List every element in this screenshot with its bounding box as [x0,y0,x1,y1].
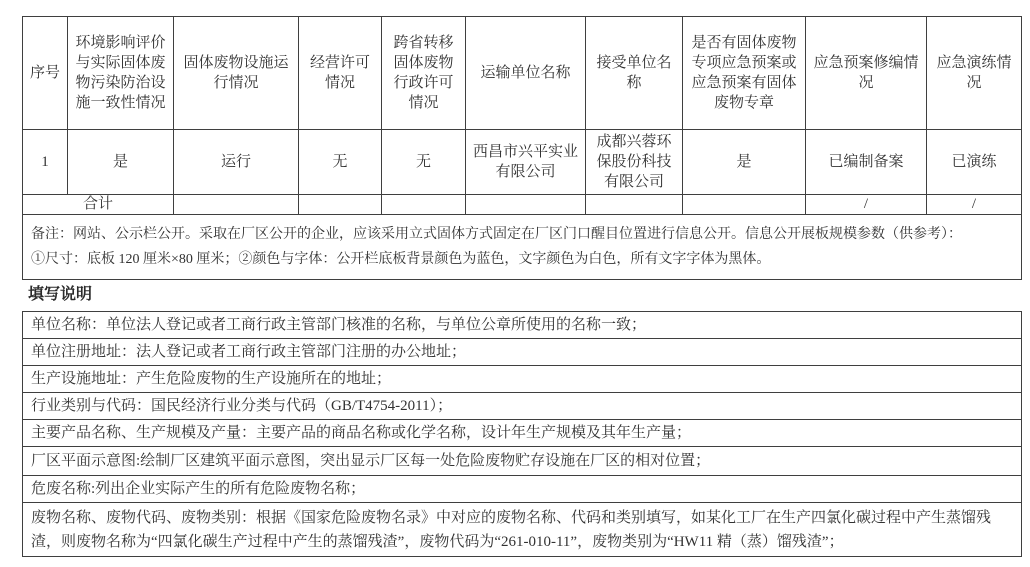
total-cell [174,195,299,215]
total-cell [586,195,683,215]
cell-plan-revision: 已编制备案 [806,130,927,195]
instruction-row: 厂区平面示意图:绘制厂区建筑平面示意图，突出显示厂区每一处危险废物贮存设施在厂区… [23,447,1022,476]
total-cell [382,195,466,215]
instruction-row: 主要产品名称、生产规模及产量：主要产品的商品名称或化学名称，设计年生产规模及其年… [23,420,1022,447]
column-header-eia-consistency: 环境影响评价与实际固体废物污染防治设施一致性情况 [68,17,174,130]
instruction-plant-layout: 厂区平面示意图:绘制厂区建筑平面示意图，突出显示厂区每一处危险废物贮存设施在厂区… [23,447,1022,476]
column-header-operating-permit: 经营许可情况 [299,17,382,130]
remark-line-1: 备注：网站、公示栏公开。采取在厂区公开的企业，应该采用立式固体方式固定在厂区门口… [31,222,1013,247]
instruction-industry-code: 行业类别与代码：国民经济行业分类与代码（GB/T4754-2011）； [23,393,1022,420]
remark-row: 备注：网站、公示栏公开。采取在厂区公开的企业，应该采用立式固体方式固定在厂区门口… [23,215,1022,280]
disclosure-table: 序号 环境影响评价与实际固体废物污染防治设施一致性情况 固体废物设施运行情况 经… [22,16,1022,280]
cell-eia-consistency: 是 [68,130,174,195]
cell-serial: 1 [23,130,68,195]
total-cell: / [927,195,1022,215]
table-row: 1 是 运行 无 无 西昌市兴平实业有限公司 成都兴蓉环保股份科技有限公司 是 … [23,130,1022,195]
instruction-unit-name: 单位名称：单位法人登记或者工商行政主管部门核准的名称，与单位公章所使用的名称一致… [23,312,1022,339]
instruction-waste-name-code-category: 废物名称、废物代码、废物类别：根据《国家危险废物名录》中对应的废物名称、代码和类… [23,503,1022,557]
total-cell [299,195,382,215]
cell-cross-province-permit: 无 [382,130,466,195]
instruction-row: 单位注册地址：法人登记或者工商行政主管部门注册的办公地址； [23,339,1022,366]
column-header-serial: 序号 [23,17,68,130]
column-header-drill-status: 应急演练情况 [927,17,1022,130]
cell-facility-operation: 运行 [174,130,299,195]
document-page: 序号 环境影响评价与实际固体废物污染防治设施一致性情况 固体废物设施运行情况 经… [0,0,1030,567]
column-header-facility-operation: 固体废物设施运行情况 [174,17,299,130]
cell-transport-unit: 西昌市兴平实业有限公司 [466,130,586,195]
column-header-transport-unit: 运输单位名称 [466,17,586,130]
instruction-row: 废物名称、废物代码、废物类别：根据《国家危险废物名录》中对应的废物名称、代码和类… [23,503,1022,557]
column-header-plan-revision: 应急预案修编情况 [806,17,927,130]
header-row: 序号 环境影响评价与实际固体废物污染防治设施一致性情况 固体废物设施运行情况 经… [23,17,1022,130]
section-heading-fill-instructions: 填写说明 [28,281,92,304]
column-header-emergency-plan: 是否有固体废物专项应急预案或应急预案有固体废物专章 [683,17,806,130]
instruction-row: 单位名称：单位法人登记或者工商行政主管部门核准的名称，与单位公章所使用的名称一致… [23,312,1022,339]
instruction-registered-address: 单位注册地址：法人登记或者工商行政主管部门注册的办公地址； [23,339,1022,366]
instruction-facility-address: 生产设施地址：产生危险废物的生产设施所在的地址； [23,366,1022,393]
cell-emergency-plan: 是 [683,130,806,195]
total-label: 合计 [23,195,174,215]
cell-receiving-unit: 成都兴蓉环保股份科技有限公司 [586,130,683,195]
remark-line-2: ①尺寸：底板 120 厘米×80 厘米；②颜色与字体：公开栏底板背景颜色为蓝色，… [31,247,1013,272]
cell-operating-permit: 无 [299,130,382,195]
total-cell: / [806,195,927,215]
total-row: 合计 / / [23,195,1022,215]
remark-cell: 备注：网站、公示栏公开。采取在厂区公开的企业，应该采用立式固体方式固定在厂区门口… [23,215,1022,280]
column-header-receiving-unit: 接受单位名称 [586,17,683,130]
cell-drill-status: 已演练 [927,130,1022,195]
instruction-hazwaste-names: 危废名称:列出企业实际产生的所有危险废物名称； [23,476,1022,503]
total-cell [466,195,586,215]
instructions-table: 单位名称：单位法人登记或者工商行政主管部门核准的名称，与单位公章所使用的名称一致… [22,311,1022,557]
instruction-row: 行业类别与代码：国民经济行业分类与代码（GB/T4754-2011）； [23,393,1022,420]
total-cell [683,195,806,215]
instruction-main-products: 主要产品名称、生产规模及产量：主要产品的商品名称或化学名称，设计年生产规模及其年… [23,420,1022,447]
instruction-row: 生产设施地址：产生危险废物的生产设施所在的地址； [23,366,1022,393]
column-header-cross-province-permit: 跨省转移固体废物行政许可情况 [382,17,466,130]
instruction-row: 危废名称:列出企业实际产生的所有危险废物名称； [23,476,1022,503]
